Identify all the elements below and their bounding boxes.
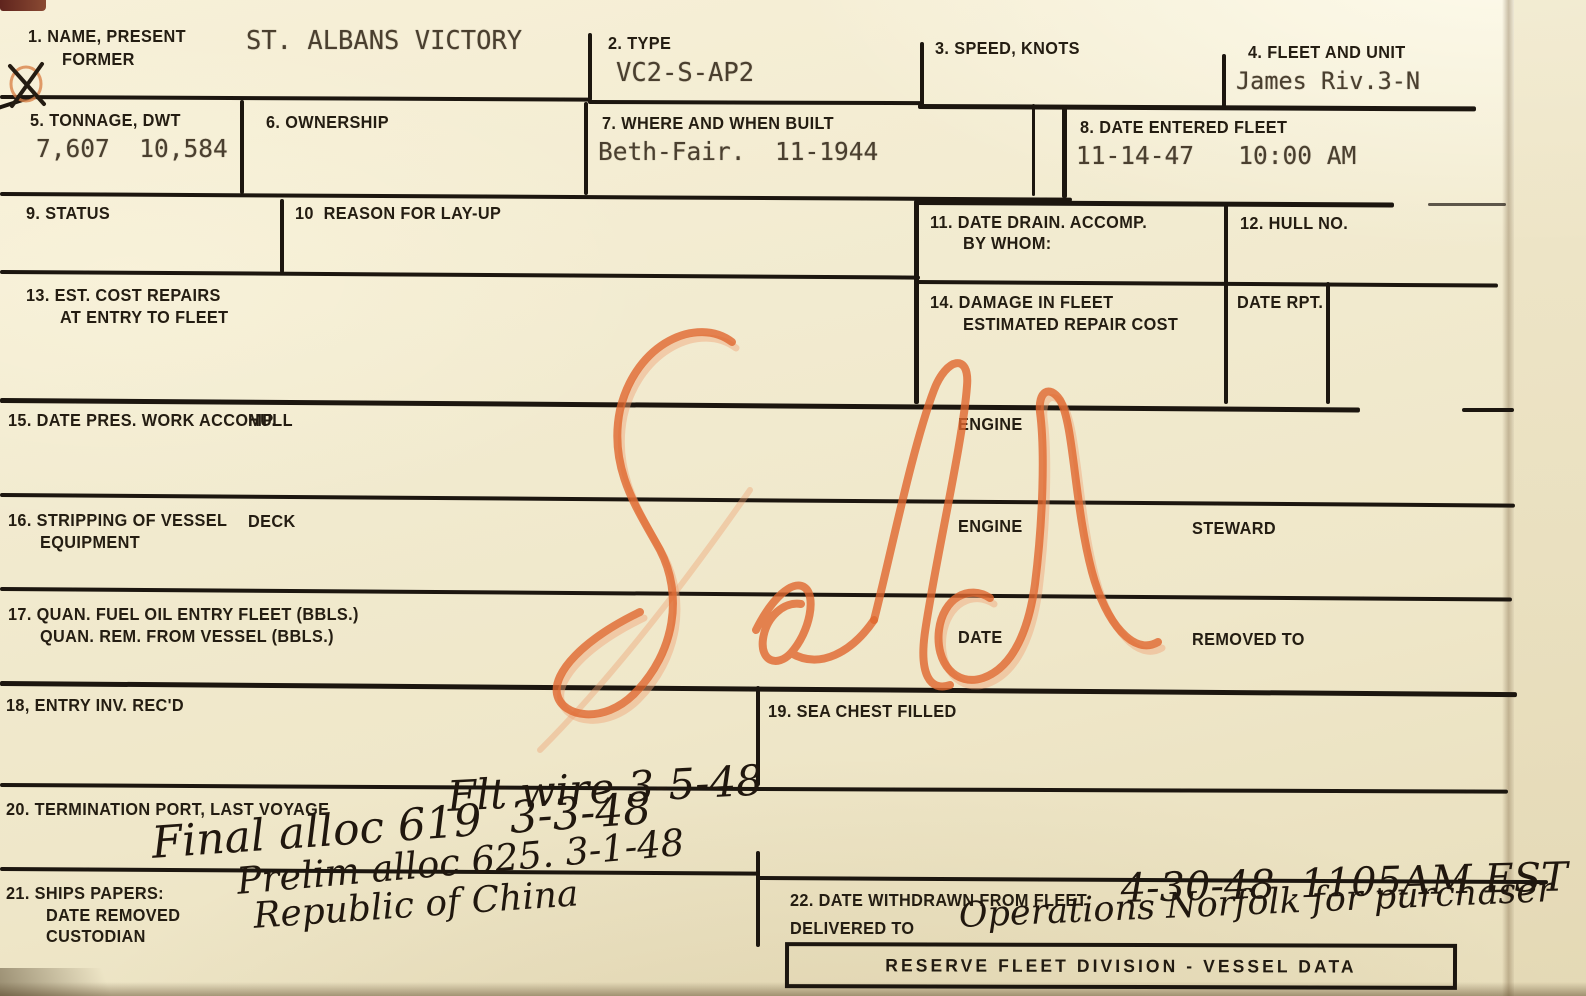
field-13-label: 13. EST. COST REPAIRS xyxy=(26,285,221,305)
banner-box: RESERVE FLEET DIVISION - VESSEL DATA xyxy=(785,942,1457,990)
field-16-deck-label: DECK xyxy=(248,511,296,531)
field-8-value: 11-14-47 10:00 AM xyxy=(1076,141,1356,170)
x-mark xyxy=(2,56,56,112)
field-15-label: 15. DATE PRES. WORK ACCOMP. xyxy=(8,410,276,430)
field-14-date-rpt-label: DATE RPT. xyxy=(1237,292,1323,312)
field-10-label: 10 REASON FOR LAY-UP xyxy=(295,203,501,223)
grid-rule xyxy=(920,42,924,106)
grid-rule xyxy=(756,787,1508,794)
grid-rule xyxy=(240,100,244,194)
field-7-value: Beth-Fair. 11-1944 xyxy=(598,137,878,166)
grid-rule xyxy=(0,192,1072,202)
field-2-value: VC2-S-AP2 xyxy=(616,58,754,88)
grid-rule xyxy=(1326,282,1330,404)
grid-rule xyxy=(584,102,588,195)
field-11-label-by-whom: BY WHOM: xyxy=(963,233,1052,253)
field-16-label: 16. STRIPPING OF VESSEL xyxy=(8,510,227,530)
paper-corner-shadow xyxy=(0,968,150,996)
grid-rule xyxy=(1222,54,1226,108)
grid-rule xyxy=(1224,204,1228,404)
field-11-label: 11. DATE DRAIN. ACCOMP. xyxy=(930,212,1147,232)
field-15-hull-label: HULL xyxy=(248,410,293,430)
field-12-label: 12. HULL NO. xyxy=(1240,213,1348,233)
field-16-label2: EQUIPMENT xyxy=(40,532,140,552)
field-1-value: ST. ALBANS VICTORY xyxy=(246,26,522,56)
grid-rule xyxy=(0,95,590,102)
field-17-removed-to-label: REMOVED TO xyxy=(1192,629,1305,649)
paper-edge-right xyxy=(1502,0,1514,996)
field-17-label2: QUAN. REM. FROM VESSEL (BBLS.) xyxy=(40,626,334,646)
grid-rule xyxy=(914,280,1498,288)
grid-rule xyxy=(914,200,1394,208)
grid-rule xyxy=(280,199,284,273)
field-2-label: 2. TYPE xyxy=(608,33,671,53)
grid-rule xyxy=(918,104,1476,111)
field-1-label: 1. NAME, PRESENT xyxy=(28,26,186,46)
field-9-label: 9. STATUS xyxy=(26,203,110,223)
field-4-value: James Riv.3-N xyxy=(1236,67,1420,95)
grid-rule xyxy=(1462,408,1514,412)
field-18-label: 18, ENTRY INV. REC'D xyxy=(6,695,184,715)
field-4-label: 4. FLEET AND UNIT xyxy=(1248,42,1406,62)
field-5-value: 7,607 10,584 xyxy=(36,134,228,163)
field-21-label: 21. SHIPS PAPERS: xyxy=(6,883,164,903)
field-3-label: 3. SPEED, KNOTS xyxy=(935,38,1080,58)
grid-rule xyxy=(588,33,592,101)
field-17-label: 17. QUAN. FUEL OIL ENTRY FLEET (BBLS.) xyxy=(8,604,359,624)
field-16-steward-label: STEWARD xyxy=(1192,518,1276,538)
field-7-label: 7. WHERE AND WHEN BUILT xyxy=(602,113,834,133)
grid-rule xyxy=(1032,104,1035,196)
vessel-data-card: 1. NAME, PRESENT FORMER ST. ALBANS VICTO… xyxy=(0,0,1586,996)
grid-rule xyxy=(588,100,922,105)
scan-corner-mark xyxy=(0,0,46,11)
field-21-label-custodian: CUSTODIAN xyxy=(46,926,146,946)
grid-rule xyxy=(0,270,920,280)
grid-rule xyxy=(1428,203,1506,206)
paper-margin-right xyxy=(1514,0,1586,996)
grid-rule xyxy=(756,851,760,947)
banner-title: RESERVE FLEET DIVISION - VESSEL DATA xyxy=(885,955,1356,977)
field-1-label-former: FORMER xyxy=(62,49,135,69)
field-8-label: 8. DATE ENTERED FLEET xyxy=(1080,117,1287,137)
field-22-label-delivered-to: DELIVERED TO xyxy=(790,918,914,938)
field-5-label: 5. TONNAGE, DWT xyxy=(30,110,181,130)
field-21-label-date-removed: DATE REMOVED xyxy=(46,905,180,925)
field-13-label2: AT ENTRY TO FLEET xyxy=(60,307,228,327)
grid-rule xyxy=(1062,106,1067,198)
field-6-label: 6. OWNERSHIP xyxy=(266,112,389,132)
sold-stamp xyxy=(520,300,1180,760)
